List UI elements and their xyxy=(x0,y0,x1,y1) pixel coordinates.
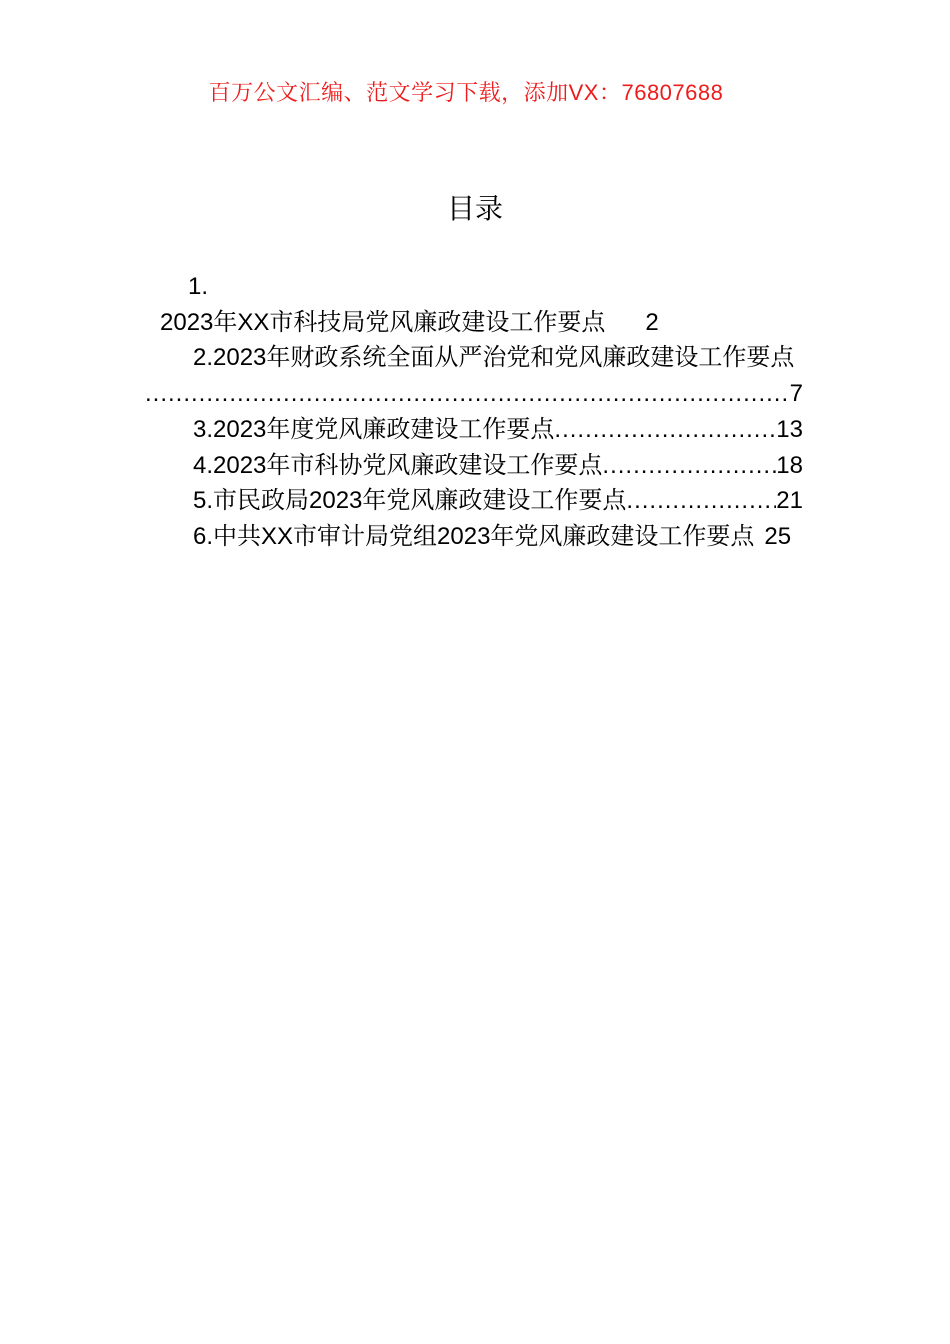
table-of-contents: 1. 2023年XX市科技局党风廉政建设工作要点2 2.2023年财政系统全面从… xyxy=(160,269,803,555)
toc-entry-title: 3.2023年度党风廉政建设工作要点 xyxy=(193,412,554,448)
toc-entry-page: 18 xyxy=(776,448,803,484)
dot-leader xyxy=(554,412,776,448)
document-page: 百万公文汇编、范文学习下载，添加VX：76807688 目录 1. 2023年X… xyxy=(0,0,950,1344)
toc-entry-title: 2.2023年财政系统全面从严治党和党风廉政建设工作要点 xyxy=(160,340,803,376)
toc-entry-3[interactable]: 3.2023年度党风廉政建设工作要点 13 xyxy=(160,412,803,448)
toc-entry-page: 13 xyxy=(776,412,803,448)
toc-entry-title: 2023年XX市科技局党风廉政建设工作要点 xyxy=(160,309,605,336)
dot-leader xyxy=(145,376,790,412)
toc-entry-6[interactable]: 6.中共XX市审计局党组2023年党风廉政建设工作要点25 xyxy=(160,519,803,555)
page-title: 目录 xyxy=(0,191,950,227)
toc-entry-5[interactable]: 5.市民政局2023年党风廉政建设工作要点 21 xyxy=(160,483,803,519)
promo-banner-text: 百万公文汇编、范文学习下载，添加VX：76807688 xyxy=(0,78,932,108)
toc-entry-4[interactable]: 4.2023年市科协党风廉政建设工作要点 18 xyxy=(160,448,803,484)
toc-entry-title: 4.2023年市科协党风廉政建设工作要点 xyxy=(193,448,602,484)
toc-entry-page: 25 xyxy=(764,523,791,550)
toc-entry-title: 6.中共XX市审计局党组2023年党风廉政建设工作要点 xyxy=(193,523,754,550)
dot-leader xyxy=(602,448,776,484)
toc-entry-page: 2 xyxy=(645,309,658,336)
dot-leader xyxy=(626,483,776,519)
toc-entry-page: 7 xyxy=(790,376,803,412)
toc-entry-page: 21 xyxy=(776,483,803,519)
toc-entry-2[interactable]: 2.2023年财政系统全面从严治党和党风廉政建设工作要点 7 xyxy=(160,340,803,411)
toc-entry-title: 5.市民政局2023年党风廉政建设工作要点 xyxy=(193,483,626,519)
toc-entry-1[interactable]: 1. 2023年XX市科技局党风廉政建设工作要点2 xyxy=(160,269,803,340)
toc-entry-number: 1. xyxy=(160,269,803,305)
